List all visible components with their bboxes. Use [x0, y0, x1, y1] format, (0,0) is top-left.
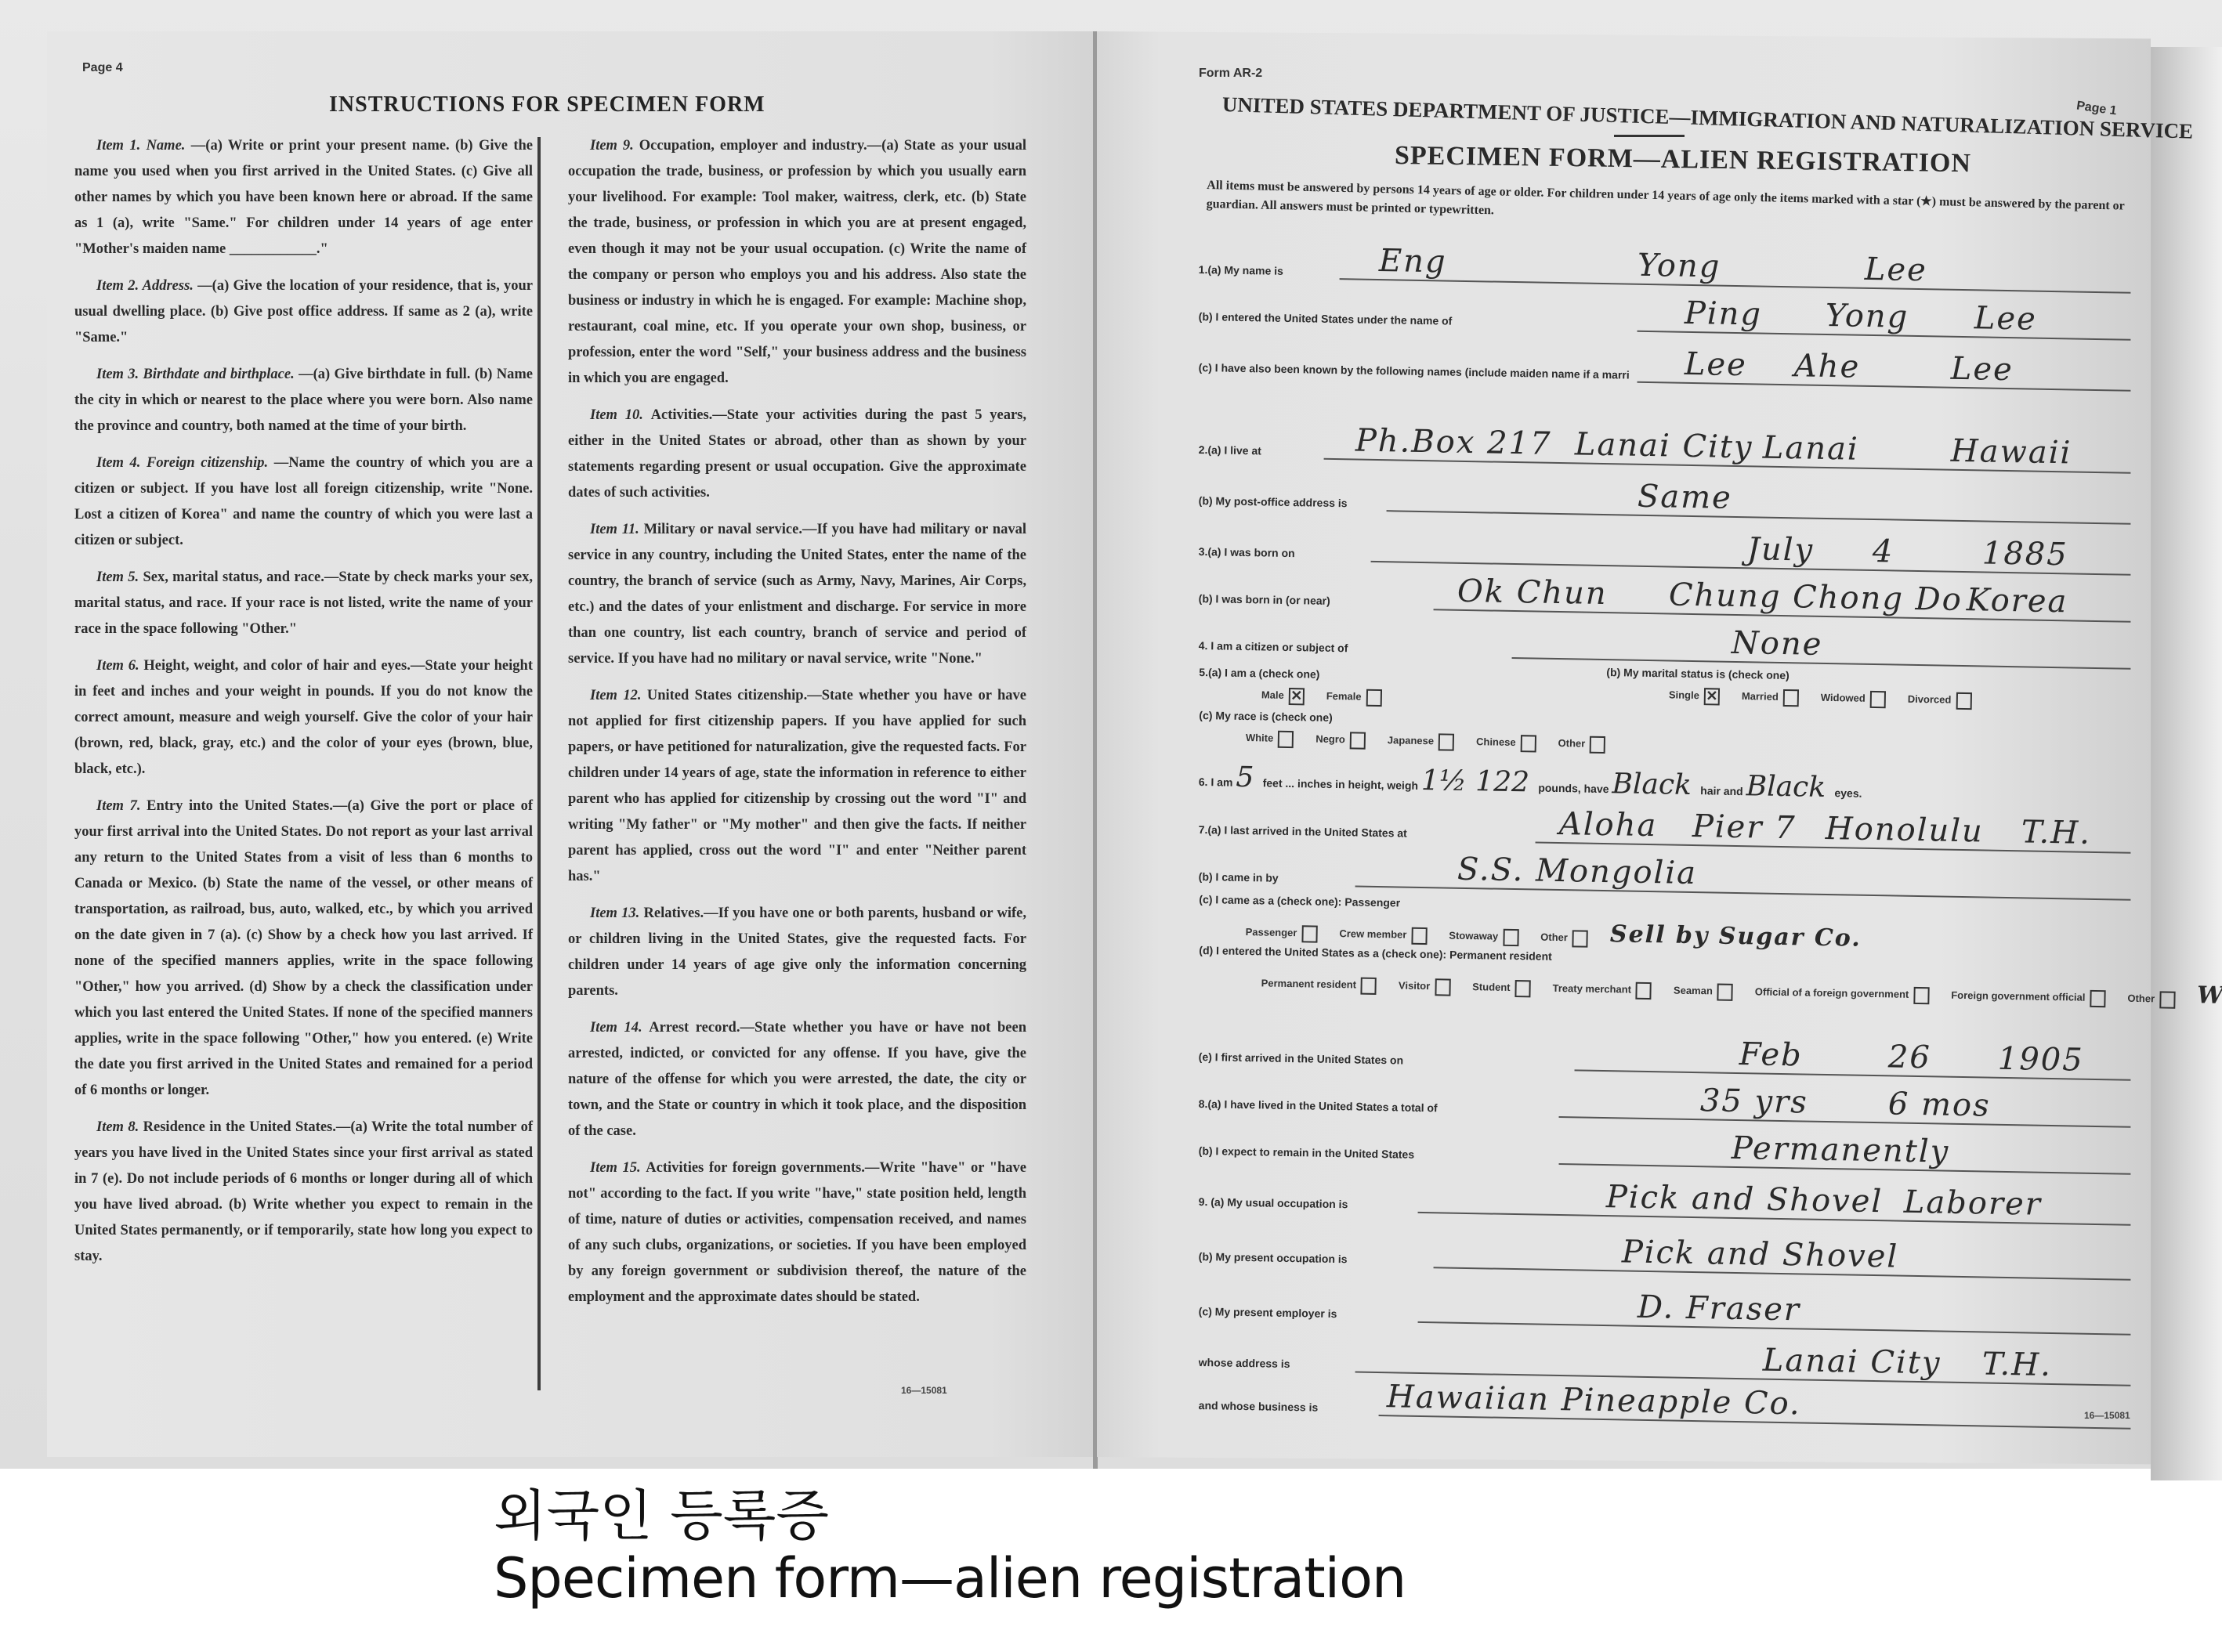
checkbox-option: White [1246, 732, 1299, 744]
checkbox[interactable]: ✕ [1289, 688, 1305, 705]
checkbox-label: Male [1261, 689, 1284, 702]
handwritten-entry[interactable]: 1½ [1421, 765, 1476, 797]
instruction-item-heading: Item 12. [590, 688, 647, 703]
checkbox-label: Widowed [1821, 692, 1866, 704]
instructions-left-column: Item 1. Name. —(a) Write or print your p… [74, 133, 533, 1281]
page-curl-shadow [2151, 47, 2222, 1480]
instruction-item: Item 2. Address. —(a) Give the location … [74, 273, 533, 351]
checkbox[interactable] [2159, 991, 2175, 1008]
instruction-item-text: Military or naval service.—If you have h… [568, 522, 1026, 667]
instruction-item-heading: Item 7. [96, 798, 147, 814]
checkbox-option: Stowaway [1449, 930, 1523, 943]
checkbox-option: Other [1558, 737, 1610, 750]
handwritten-entry[interactable]: 1905 [1997, 1041, 2084, 1079]
checkbox[interactable] [1913, 986, 1929, 1003]
caption-korean: 외국인 등록증 [494, 1484, 1406, 1547]
checkbox-label: Negro [1315, 733, 1345, 746]
field-label: (e) I first arrived in the United States… [1199, 1050, 1404, 1067]
handwritten-entry[interactable]: Ok Chun [1457, 573, 1608, 612]
field-label: whose address is [1199, 1356, 1290, 1370]
handwritten-entry[interactable]: 122 [1475, 765, 1539, 798]
handwritten-entry[interactable]: Chung Chong Do [1669, 577, 1963, 618]
handwritten-entry[interactable]: Hawaii [1950, 433, 2072, 472]
field-label: (c) My race is (check one) [1199, 709, 1333, 724]
instruction-item-text: Entry into the United States.—(a) Give t… [74, 798, 533, 1098]
instruction-item-heading: Item 15. [590, 1160, 646, 1176]
instruction-item-text: United States citizenship.—State whether… [568, 688, 1026, 884]
handwritten-entry[interactable]: Yong [1825, 298, 1909, 335]
checkbox-option: Japanese [1388, 735, 1460, 748]
checkbox[interactable] [1503, 928, 1518, 945]
checkbox[interactable] [1783, 689, 1799, 707]
handwritten-entry[interactable]: Black [1746, 770, 1835, 804]
handwritten-entry[interactable]: 1885 [1981, 535, 2068, 573]
caption-english: Specimen form—alien registration [494, 1547, 1406, 1610]
instruction-item-heading: Item 9. [590, 138, 639, 154]
checkbox-option: Official of a foreign government [1755, 985, 1934, 1000]
instruction-item: Item 9. Occupation, employer and industr… [568, 133, 1026, 392]
checkbox[interactable] [2090, 989, 2105, 1007]
checkbox-label: Foreign government official [1951, 989, 2085, 1003]
checkbox-label: Student [1472, 981, 1511, 993]
checkbox-option: Divorced [1908, 693, 1977, 707]
checkbox-option: Foreign government official [1951, 989, 2110, 1004]
field-label: 3.(a) I was born on [1199, 545, 1295, 559]
field-label: 5.(a) I am a (check one) [1199, 666, 1319, 681]
instruction-item: Item 12. United States citizenship.—Stat… [568, 683, 1026, 890]
instruction-item-text: Activities for foreign governments.—Writ… [568, 1160, 1026, 1305]
handwritten-entry[interactable]: Lee [1685, 346, 1748, 383]
instruction-item-heading: Item 10. [590, 407, 651, 423]
instruction-item: Item 10. Activities.—State your activiti… [568, 403, 1026, 506]
checkbox-option: Passenger [1246, 926, 1323, 939]
checkbox-label: Official of a foreign government [1755, 985, 1909, 1000]
checkbox-option: Married [1742, 690, 1804, 703]
field-label: 1.(a) My name is [1199, 263, 1283, 277]
checkbox-group: Single✕MarriedWidowedDivorced [1669, 687, 1994, 710]
checkbox-option: Widowed [1821, 692, 1891, 705]
handwritten-entry[interactable]: Aloha [1559, 806, 1658, 844]
field-label: eyes. [1834, 786, 1862, 800]
field-label: 4. I am a citizen or subject of [1199, 639, 1348, 654]
instruction-item: Item 13. Relatives.—If you have one or b… [568, 901, 1026, 1004]
handwritten-entry[interactable]: D. Fraser [1638, 1289, 1801, 1328]
field-label: 9. (a) My usual occupation is [1199, 1195, 1348, 1210]
form-field-5b: (b) My marital status is (check one)Sing… [1605, 666, 2131, 722]
checkbox-label: Chinese [1476, 736, 1516, 749]
handwritten-entry[interactable]: None [1732, 625, 1823, 663]
instruction-item-text: Sex, marital status, and race.—State by … [74, 569, 533, 637]
field-label: 6. I am [1199, 775, 1236, 789]
instruction-item-heading: Item 6. [96, 658, 143, 674]
handwritten-entry[interactable]: Hawaiian Pineapple Co. [1387, 1379, 1802, 1422]
instruction-item-text: —(a) Write or print your present name. (… [74, 138, 533, 257]
instruction-item-heading: Item 4. Foreign citizenship. [96, 455, 274, 471]
instruction-item-text: Arrest record.—State whether you have or… [568, 1020, 1026, 1139]
checkbox-label: Treaty merchant [1552, 982, 1631, 996]
handwritten-entry[interactable]: Korea [1966, 582, 2068, 620]
field-label: (b) I was born in (or near) [1199, 592, 1330, 607]
field-label: and whose business is [1199, 1399, 1319, 1414]
checkbox[interactable] [1350, 732, 1366, 749]
checkbox-label: Japanese [1388, 735, 1435, 747]
instruction-item-text: Height, weight, and color of hair and ey… [74, 658, 533, 777]
caption: 외국인 등록증 Specimen form—alien registration [494, 1484, 1406, 1610]
instruction-item-heading: Item 11. [590, 522, 644, 537]
checkbox[interactable] [1439, 733, 1454, 750]
instruction-item: Item 11. Military or naval service.—If y… [568, 517, 1026, 672]
checkbox-option: Female [1326, 690, 1387, 703]
instruction-item-heading: Item 3. Birthdate and birthplace. [96, 367, 299, 382]
handwritten-entry[interactable]: Sell by Sugar Co. [1610, 920, 1862, 953]
handwritten-entry[interactable]: Laborer [1903, 1184, 2042, 1223]
checkbox-option: Single✕ [1669, 689, 1724, 702]
field-label: 2.(a) I live at [1199, 443, 1261, 457]
handwritten-entry[interactable]: Yong [1638, 248, 1721, 285]
handwritten-entry[interactable]: Lanai City [1575, 426, 1753, 465]
field-label: (b) My post-office address is [1199, 494, 1348, 509]
checkbox-label: Single [1669, 689, 1699, 702]
handwritten-entry[interactable]: Same [1638, 479, 1733, 516]
handwritten-entry[interactable]: Ahe [1794, 348, 1861, 385]
handwritten-entry[interactable]: Permanently [1732, 1130, 1950, 1170]
left-footer-code: 16—15081 [901, 1385, 947, 1396]
handwritten-entry[interactable]: Feb [1739, 1036, 1804, 1073]
instruction-item: Item 3. Birthdate and birthplace. —(a) G… [74, 362, 533, 439]
instruction-item: Item 7. Entry into the United States.—(a… [74, 793, 533, 1104]
handwritten-entry[interactable]: Lanai City [1763, 1343, 1942, 1382]
handwritten-entry[interactable]: Ping [1685, 295, 1763, 333]
checkbox-label: Crew member [1339, 927, 1406, 940]
handwritten-entry[interactable]: 5 [1236, 761, 1263, 794]
checkbox-label: Other [2127, 992, 2155, 1005]
field-label: (b) I came in by [1199, 870, 1279, 884]
checkbox[interactable] [1636, 981, 1652, 999]
checkbox[interactable] [1435, 978, 1450, 996]
checkbox-label: Visitor [1399, 979, 1430, 992]
handwritten-entry[interactable]: Honolulu [1825, 811, 1984, 850]
field-label: hair and [1700, 784, 1746, 797]
form-number: Form AR-2 [1199, 67, 1262, 81]
handwritten-entry[interactable]: Lee [1950, 351, 2014, 388]
checkbox-label: Stowaway [1449, 930, 1498, 942]
handwritten-entry[interactable]: S.S. Mongolia [1457, 851, 1698, 891]
checkbox-label: Other [1558, 737, 1585, 750]
checkbox-option: Seaman [1674, 985, 1738, 997]
checkbox-label: Divorced [1908, 693, 1952, 706]
checkbox-group: Male✕Female [1261, 687, 1404, 707]
handwritten-entry[interactable]: Ph.Box 217 [1355, 422, 1552, 461]
field-label: (b) I entered the United States under th… [1199, 310, 1453, 327]
field-label: (c) I have also been known by the follow… [1199, 361, 1630, 381]
handwritten-entry[interactable]: Pick and Shovel [1606, 1179, 1884, 1220]
instruction-item: Item 14. Arrest record.—State whether yo… [568, 1015, 1026, 1144]
checkbox[interactable] [1572, 930, 1588, 947]
field-label: 7.(a) I last arrived in the United State… [1199, 823, 1407, 840]
field-label: (c) I came as a (check one): Passenger [1199, 893, 1400, 909]
checkbox[interactable] [1278, 731, 1294, 748]
checkbox-option: Treaty merchant [1552, 982, 1656, 996]
checkbox-label: Permanent resident [1261, 977, 1357, 990]
instruction-item-heading: Item 8. [96, 1119, 143, 1135]
field-label: (b) My present occupation is [1199, 1250, 1348, 1265]
checkbox-label: White [1246, 732, 1274, 744]
instruction-item-text: Occupation, employer and industry.—(a) S… [568, 138, 1026, 386]
field-label: (b) I expect to remain in the United Sta… [1199, 1144, 1415, 1161]
field-label: (c) My present employer is [1199, 1305, 1337, 1320]
checkbox[interactable] [1411, 927, 1427, 944]
instruction-item-heading: Item 1. Name. [96, 138, 191, 154]
checkbox[interactable] [1361, 977, 1377, 994]
checkbox-option: Student [1472, 981, 1536, 993]
column-divider [537, 137, 541, 1390]
handwritten-entry[interactable]: Black [1612, 768, 1701, 801]
instruction-item-heading: Item 2. Address. [96, 278, 197, 294]
checkbox-label: Female [1326, 690, 1362, 703]
checkbox[interactable] [1590, 736, 1605, 754]
handwritten-entry[interactable]: T.H. [2021, 814, 2091, 851]
checkbox[interactable] [1515, 980, 1530, 997]
checkbox[interactable] [1520, 735, 1536, 752]
checkbox[interactable] [1301, 925, 1317, 942]
checkbox[interactable] [1717, 983, 1733, 1000]
field-label: pounds, have [1538, 782, 1612, 796]
handwritten-entry[interactable]: Lee [1974, 300, 2037, 337]
handwritten-entry[interactable]: Eng [1379, 243, 1447, 280]
instruction-item: Item 5. Sex, marital status, and race.—S… [74, 565, 533, 642]
field-label: feet ... inches in height, weigh [1263, 776, 1421, 792]
instruction-item-text: Residence in the United States.—(a) Writ… [74, 1119, 533, 1264]
right-footer-code: 16—15081 [2084, 1410, 2130, 1421]
checkbox[interactable]: ✕ [1704, 688, 1720, 705]
checkbox-option: Permanent resident [1261, 977, 1382, 991]
checkbox-option: Negro [1315, 733, 1370, 746]
field-label: (b) My marital status is (check one) [1606, 666, 1790, 681]
handwritten-entry[interactable]: 26 [1887, 1039, 1931, 1075]
instructions-right-column: Item 9. Occupation, employer and industr… [568, 133, 1026, 1321]
checkbox-option: Other [2127, 992, 2180, 1005]
handwritten-entry[interactable]: 6 mos [1887, 1086, 1990, 1123]
handwritten-entry[interactable]: July [1747, 531, 1815, 568]
header-rule [1614, 135, 1685, 137]
instruction-item: Item 4. Foreign citizenship. —Name the c… [74, 450, 533, 554]
checkbox-label: Other [1540, 931, 1568, 944]
instruction-item-heading: Item 14. [590, 1020, 649, 1036]
checkbox-option: Crew member [1339, 927, 1431, 941]
checkbox-option: Chinese [1476, 736, 1541, 749]
instruction-item: Item 15. Activities for foreign governme… [568, 1155, 1026, 1310]
handwritten-entry[interactable]: Pier 7 [1692, 808, 1797, 846]
instruction-item: Item 8. Residence in the United States.—… [74, 1115, 533, 1270]
checkbox-option: Other [1540, 931, 1593, 944]
handwritten-entry[interactable]: Lanai [1763, 430, 1860, 468]
instruction-item: Item 6. Height, weight, and color of hai… [74, 653, 533, 783]
checkbox-option: Male✕ [1261, 689, 1309, 702]
instruction-item: Item 1. Name. —(a) Write or print your p… [74, 133, 533, 262]
handwritten-entry[interactable]: T.H. [1981, 1346, 2052, 1383]
instruction-item-heading: Item 5. [96, 569, 143, 585]
checkbox-label: Married [1742, 690, 1779, 703]
handwritten-entry[interactable]: Pick and Shovel [1622, 1234, 1899, 1274]
left-page-number: Page 4 [82, 61, 123, 75]
handwritten-entry[interactable]: 35 yrs [1700, 1083, 1809, 1120]
checkbox[interactable] [1956, 692, 1971, 710]
checkbox[interactable] [1870, 691, 1886, 708]
instruction-item-heading: Item 13. [590, 906, 644, 921]
checkbox-group: WhiteNegroJapaneseChineseOther [1246, 730, 1628, 754]
handwritten-entry[interactable]: 4 [1872, 533, 1894, 569]
checkbox[interactable] [1366, 689, 1381, 707]
instructions-title: INSTRUCTIONS FOR SPECIMEN FORM [329, 92, 765, 117]
handwritten-entry[interactable]: Lee [1864, 251, 1927, 288]
checkbox-label: Seaman [1674, 985, 1713, 997]
field-label: 8.(a) I have lived in the United States … [1199, 1097, 1438, 1114]
checkbox-label: Passenger [1246, 926, 1297, 938]
checkbox-option: Visitor [1399, 979, 1455, 992]
